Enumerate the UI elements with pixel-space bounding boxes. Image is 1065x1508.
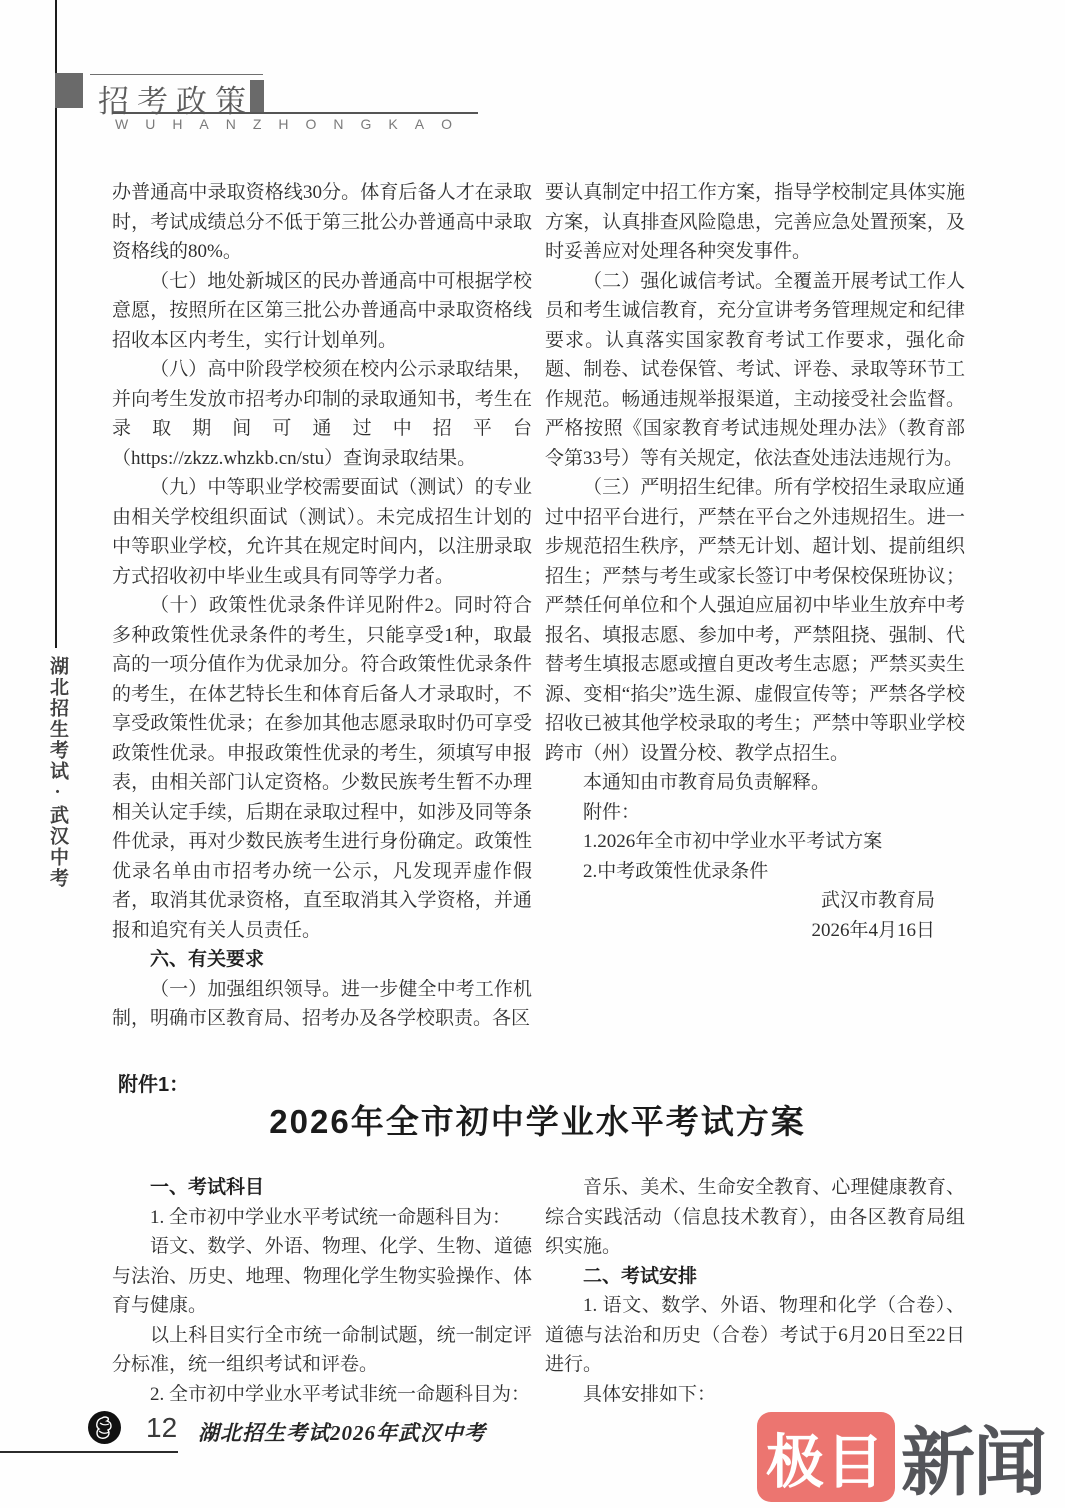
annex-column-left: 一、考试科目 1. 全市初中学业水平考试统一命题科目为： 语文、数学、外语、物理… xyxy=(112,1173,532,1409)
signature: 武汉市教育局 xyxy=(545,886,965,916)
header-bottom-line xyxy=(112,112,478,114)
paragraph: （三）严明招生纪律。所有学校招生录取应通过中招平台进行，严禁在平台之外违规招生。… xyxy=(545,473,965,768)
paragraph: （八）高中阶段学校须在校内公示录取结果，并向考生发放市招考办印制的录取通知书，考… xyxy=(112,355,532,473)
mascot-icon xyxy=(88,1411,121,1444)
header-square-mark xyxy=(55,73,83,108)
attachment-item: 2.中考政策性优录条件 xyxy=(545,857,965,887)
footer-caption: 湖北招生考试2026年武汉中考 xyxy=(198,1417,486,1447)
logo-red-box: 极目 xyxy=(757,1412,895,1502)
footer-rule xyxy=(0,1451,178,1453)
section-heading: 一、考试科目 xyxy=(112,1173,532,1203)
signature-date: 2026年4月16日 xyxy=(545,916,965,946)
section-heading: 二、考试安排 xyxy=(545,1262,965,1292)
article-column-right: 要认真制定中招工作方案，指导学校制定具体实施方案，认真排查风险隐患，完善应急处置… xyxy=(545,178,965,945)
paragraph: （七）地处新城区的民办普通高中可根据学校意愿，按照所在区第三批公办普通高中录取资… xyxy=(112,267,532,356)
page-number: 12 xyxy=(146,1412,177,1444)
paragraph: （九）中等职业学校需要面试（测试）的专业由相关学校组织面试（测试）。未完成招生计… xyxy=(112,473,532,591)
paragraph: 要认真制定中招工作方案，指导学校制定具体实施方案，认真排查风险隐患，完善应急处置… xyxy=(545,178,965,267)
section-title: 招考政策 xyxy=(98,76,254,121)
header-rect-mark xyxy=(250,80,264,113)
paragraph: 语文、数学、外语、物理、化学、生物、道德与法治、历史、地理、物理化学生物实验操作… xyxy=(112,1232,532,1321)
paragraph: （一）加强组织领导。进一步健全中考工作机制，明确市区教育局、招考办及各学校职责。… xyxy=(112,975,532,1034)
section-heading: 六、有关要求 xyxy=(112,945,532,975)
jimu-news-logo: 极目 新闻 xyxy=(757,1404,1045,1508)
magazine-vertical-title: 湖北招生考试·武汉中考 xyxy=(44,656,71,916)
annex-label: 附件1： xyxy=(118,1068,189,1097)
annex-column-right: 音乐、美术、生命安全教育、心理健康教育、综合实践活动（信息技术教育），由各区教育… xyxy=(545,1173,965,1409)
paragraph: 本通知由市教育局负责解释。 xyxy=(545,768,965,798)
annex-title: 2026年全市初中学业水平考试方案 xyxy=(100,1096,975,1143)
paragraph: （十）政策性优录条件详见附件2。同时符合多种政策性优录条件的考生，只能享受1种，… xyxy=(112,591,532,945)
paragraph: （二）强化诚信考试。全覆盖开展考试工作人员和考生诚信教育，充分宣讲考务管理规定和… xyxy=(545,267,965,474)
paragraph: 2. 全市初中学业水平考试非统一命题科目为： xyxy=(112,1380,532,1410)
attachments-label: 附件： xyxy=(545,798,965,828)
paragraph: 1. 全市初中学业水平考试统一命题科目为： xyxy=(112,1203,532,1233)
article-column-left: 办普通高中录取资格线30分。体育后备人才在录取时，考试成绩总分不低于第三批公办普… xyxy=(112,178,532,1034)
paragraph: 办普通高中录取资格线30分。体育后备人才在录取时，考试成绩总分不低于第三批公办普… xyxy=(112,178,532,267)
paragraph: 以上科目实行全市统一命制试题，统一制定评分标准，统一组织考试和评卷。 xyxy=(112,1321,532,1380)
logo-gray-text: 新闻 xyxy=(901,1404,1045,1508)
header-top-line xyxy=(90,74,263,75)
paragraph: 1. 语文、数学、外语、物理和化学（合卷）、道德与法治和历史（合卷）考试于6月2… xyxy=(545,1291,965,1380)
attachment-item: 1.2026年全市初中学业水平考试方案 xyxy=(545,827,965,857)
paragraph: 音乐、美术、生命安全教育、心理健康教育、综合实践活动（信息技术教育），由各区教育… xyxy=(545,1173,965,1262)
header-pinyin-letters: WUHANZHONGKAO xyxy=(115,116,535,132)
